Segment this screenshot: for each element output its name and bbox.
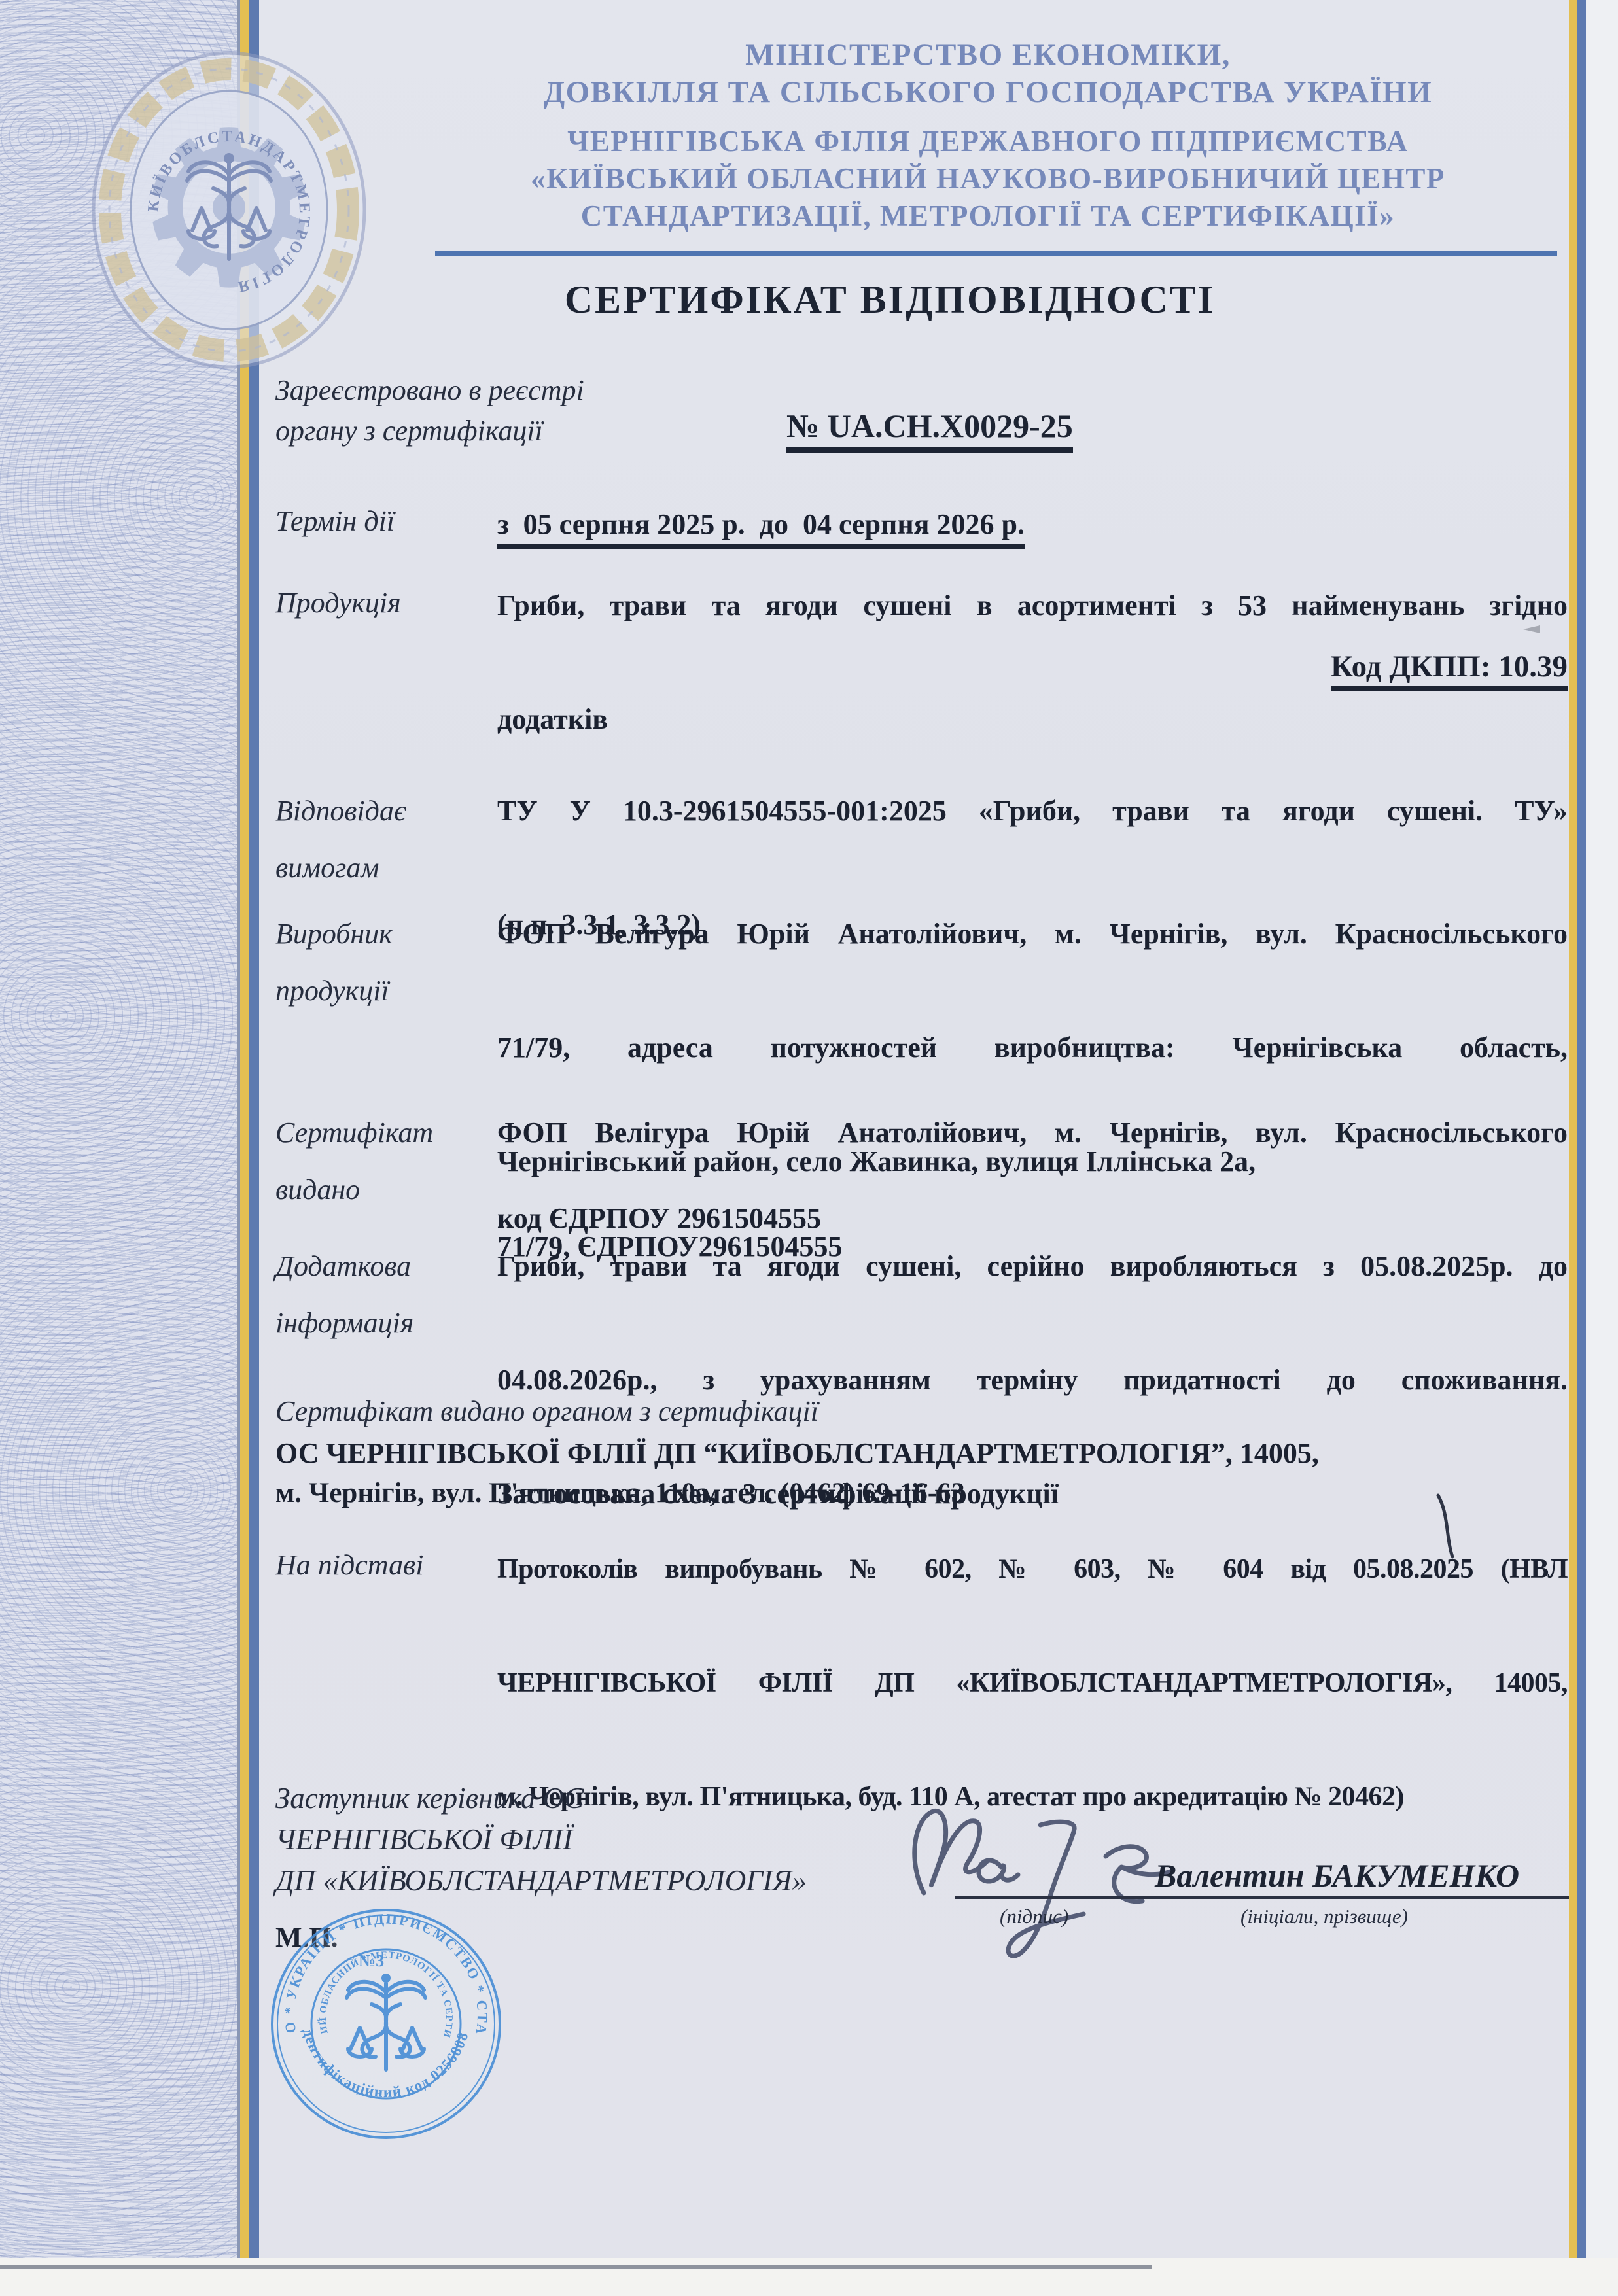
product-label: Продукція bbox=[275, 583, 491, 623]
header-divider bbox=[435, 251, 1557, 256]
ministry-header: МІНІСТЕРСТВО ЕКОНОМІКИ,ДОВКІЛЛЯ ТА СІЛЬС… bbox=[406, 37, 1570, 111]
signer-name: Валентин БАКУМЕНКО bbox=[1155, 1856, 1519, 1894]
basis-label: На підставі bbox=[275, 1545, 491, 1586]
org-emblem-watermark: ⚙ КИЇВОБЛСТАНДАРТМЕТРОЛОГІЯ bbox=[85, 43, 373, 370]
term-label: Термін дії bbox=[275, 501, 491, 542]
issuing-org-address: м. Чернігів, вул. П'ятницька, 110а, тел.… bbox=[275, 1477, 965, 1509]
org-round-stamp: МІНІСТЕРСТВО * УКРАЇНИ * ПІДПРИЄМСТВО * … bbox=[260, 1898, 512, 2149]
scan-edge-line bbox=[0, 2265, 1152, 2269]
conforms-label: Відповідаєвимогам bbox=[275, 782, 491, 896]
issued-to-label: Сертифікатвидано bbox=[275, 1104, 491, 1218]
issuing-org-intro: Сертифікат видано органом з сертифікації bbox=[275, 1395, 818, 1428]
signer-role: Заступник керівника ОСЧЕРНІГІВСЬКОЇ ФІЛІ… bbox=[275, 1778, 864, 1902]
flag-stripe-right bbox=[1569, 0, 1586, 2258]
signature-caption: (підпис) bbox=[1000, 1905, 1068, 1928]
signature-line bbox=[955, 1896, 1569, 1899]
additional-info-label: Додатковаінформація bbox=[275, 1238, 491, 1351]
stamp-branch-number: №3 bbox=[359, 1951, 384, 1970]
certificate-title: СЕРТИФІКАТ ВІДПОВІДНОСТІ bbox=[419, 277, 1361, 322]
registration-number: № UA.CH.X0029-25 bbox=[786, 407, 1073, 445]
dkpp-code: Код ДКПП: 10.39 bbox=[497, 649, 1568, 684]
term-value: з 05 серпня 2025 р. до 04 серпня 2026 р. bbox=[497, 496, 1568, 553]
registration-label: Зареєстровано в реєстріоргану з сертифік… bbox=[275, 370, 589, 451]
issuing-org-name: ОС ЧЕРНІГІВСЬКОЇ ФІЛІЇ ДП “КИЇВОБЛСТАНДА… bbox=[275, 1436, 1319, 1470]
pen-mark bbox=[1426, 1491, 1466, 1563]
scan-margin-right bbox=[1586, 0, 1618, 2296]
initials-caption: (ініціали, прізвище) bbox=[1240, 1905, 1408, 1928]
certificate-page: ⚙ КИЇВОБЛСТАНДАРТМЕТРОЛОГІЯ МІНІСТЕРСТВО… bbox=[0, 0, 1618, 2296]
scan-margin-bottom bbox=[0, 2258, 1618, 2296]
manufacturer-label: Виробникпродукції bbox=[275, 905, 491, 1019]
branch-header: ЧЕРНІГІВСЬКА ФІЛІЯ ДЕРЖАВНОГО ПІДПРИЄМСТ… bbox=[406, 123, 1570, 235]
